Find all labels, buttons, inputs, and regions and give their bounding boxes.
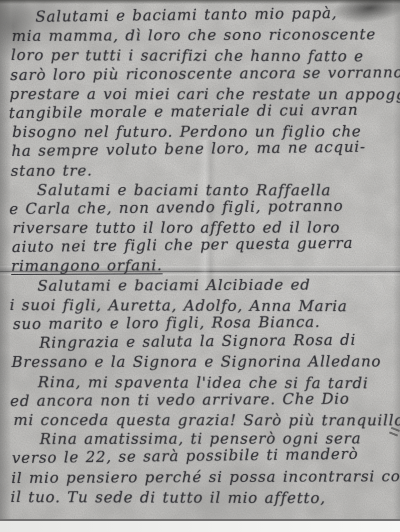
handwritten-line: ed ancora non ti vedo arrivare. Che Dio	[10, 389, 397, 411]
letter-body: Salutami e baciami tanto mio papà,mia ma…	[10, 6, 399, 507]
paragraph: Salutami e baciami tanto Raffaellae Carl…	[11, 179, 398, 277]
scanned-letter-page: Salutami e baciami tanto mio papà,mia ma…	[0, 0, 400, 532]
handwritten-line-text: ed ancora non ti vedo arrivare. Che Dio	[10, 389, 350, 409]
handwritten-line: il tuo. Tu sede di tutto il mio affetto,	[11, 488, 398, 509]
handwritten-line-text: Salutami e baciami tanto Raffaella	[37, 181, 331, 199]
handwritten-line-text: aiuto nei tre figli che per questa guerr…	[12, 234, 354, 256]
handwritten-line-text: tangibile morale e materiale di cui avra…	[9, 101, 359, 122]
handwritten-line-text: sarò loro più riconoscente ancora se vor…	[10, 63, 400, 84]
handwritten-line: ha sempre voluto bene loro, ma ne acqui-	[11, 138, 398, 162]
paragraph: Salutami e baciami tanto mio papà,mia ma…	[10, 6, 398, 180]
handwritten-line-text: verso le 22, se sarà possibile ti mander…	[12, 445, 359, 467]
handwritten-line: Ringrazia e saluta la Signora Rosa di	[12, 330, 399, 353]
handwritten-line-text: il mio pensiero perché si possa incontra…	[11, 467, 400, 487]
handwritten-line-text: e Carla che, non avendo figli, potranno	[9, 197, 343, 218]
handwritten-line: rimangono orfani.	[11, 256, 398, 277]
handwritten-line-text: suo marito e loro figli, Rosa Bianca.	[13, 313, 321, 333]
handwritten-line-text: Salutami e baciami Alcibiade ed	[37, 275, 310, 294]
scan-left-edge-shadow	[0, 0, 11, 519]
handwritten-line: aiuto nei tre figli che per questa guerr…	[12, 234, 399, 258]
handwritten-line: Salutami e baciami Alcibiade ed	[10, 275, 397, 296]
handwritten-line-text: mia mamma, dì loro che sono riconoscente	[12, 26, 376, 46]
handwritten-line: e Carla che, non avendo figli, potranno	[9, 196, 396, 219]
handwritten-line-text: Salutami e baciami tanto mio papà,	[35, 4, 337, 26]
paragraph: Rina amatissima, ti penserò ogni seraver…	[12, 428, 399, 506]
handwritten-line: verso le 22, se sarà possibile ti mander…	[12, 445, 399, 469]
handwritten-line-text: loro per tutti i sacrifizi che hanno fat…	[11, 46, 364, 65]
paragraph: Ringrazia e saluta la Signora Rosa diBre…	[11, 332, 398, 372]
handwritten-line: tangibile morale e materiale di cui avra…	[9, 100, 396, 123]
handwritten-line: mia mamma, dì loro che sono riconoscente	[12, 25, 399, 46]
handwritten-line-text: il tuo. Tu sede di tutto il mio affetto,	[11, 488, 326, 507]
handwritten-line-text: Ringrazia e saluta la Signora Rosa di	[39, 331, 356, 352]
handwritten-line: sarò loro più riconoscente ancora se vor…	[10, 63, 397, 85]
paragraph: Salutami e baciami Alcibiade edi suoi fi…	[11, 275, 398, 334]
handwritten-line-text: rimangono orfani.	[11, 257, 162, 276]
scan-right-edge-shadow	[393, 0, 400, 519]
handwritten-line-text: Bressano e la Signora e Signorina Alleda…	[12, 353, 382, 372]
handwritten-line: il mio pensiero perché si possa incontra…	[11, 467, 398, 488]
top-left-corner-smudge	[0, 0, 36, 62]
handwritten-line-text: mi conceda questa grazia! Sarò più tranq…	[13, 411, 400, 429]
paragraph: Rina, mi spaventa l'idea che si fa tardi…	[12, 371, 399, 430]
handwritten-line: mi conceda questa grazia! Sarò più tranq…	[13, 411, 400, 431]
handwritten-line-text: ha sempre voluto bene loro, ma ne acqui-	[11, 138, 366, 160]
handwritten-line-text: stano tre.	[11, 161, 93, 179]
handwritten-line: stano tre.	[11, 160, 398, 181]
scan-bottom-margin	[0, 521, 400, 532]
handwritten-line: Bressano e la Signora e Signorina Alleda…	[12, 353, 399, 373]
